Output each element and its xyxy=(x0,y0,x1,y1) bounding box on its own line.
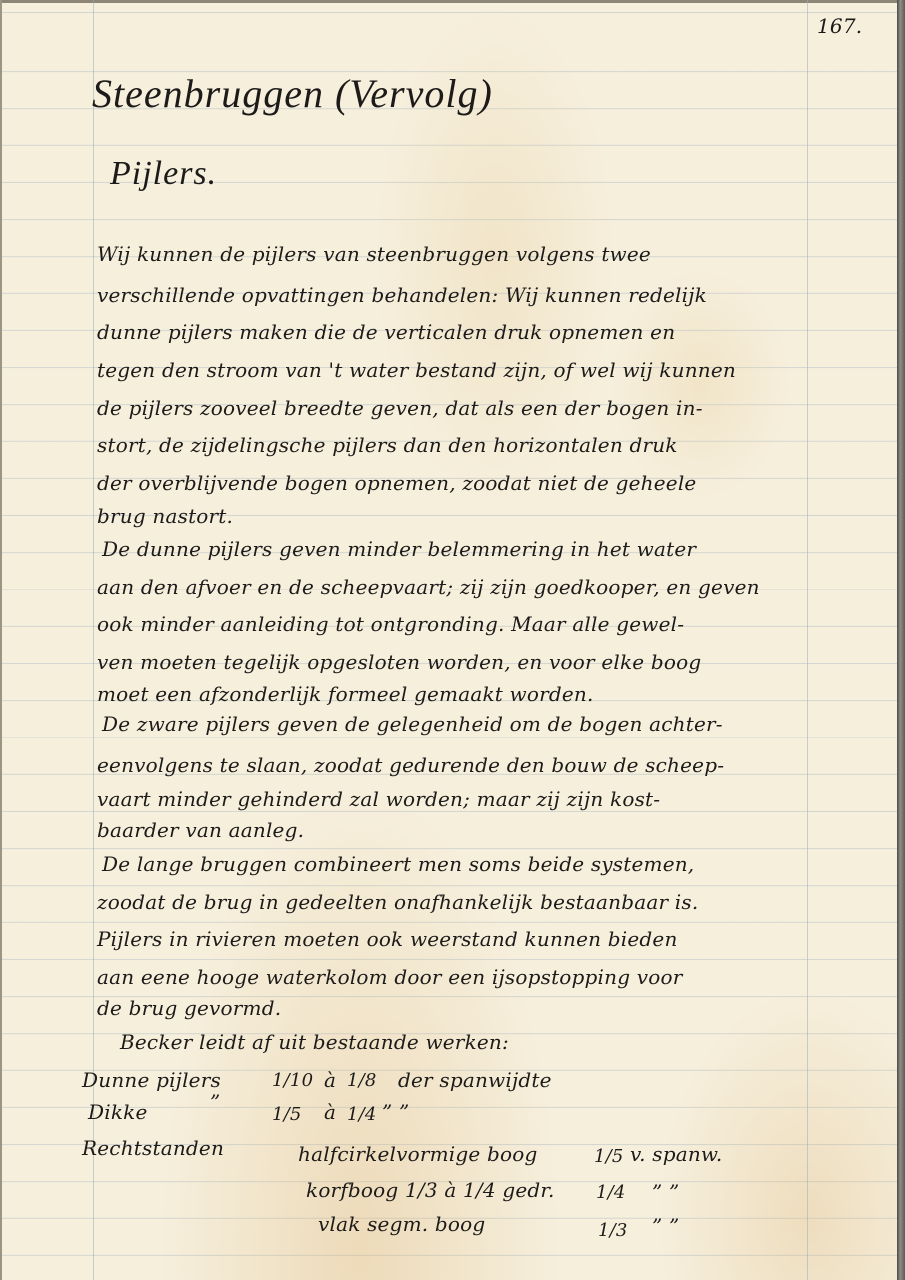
text-line: dunne pijlers maken die de verticalen dr… xyxy=(97,320,675,344)
text-line: eenvolgens te slaan, zoodat gedurende de… xyxy=(97,753,724,777)
notebook-page: 167. Steenbruggen (Vervolg) Pijlers. Wij… xyxy=(0,0,898,1280)
page-binding-edge xyxy=(897,0,905,1280)
text-line: der overblijvende bogen opnemen, zoodat … xyxy=(97,471,696,495)
rule-to: 1/4 xyxy=(347,1104,377,1125)
text-line: stort, de zijdelingsche pijlers dan den … xyxy=(97,433,678,457)
ratio-note: v. spanw. xyxy=(630,1142,722,1166)
page-number: 167. xyxy=(817,14,862,38)
text-line: De zware pijlers geven de gelegenheid om… xyxy=(102,712,723,736)
rule-to: 1/8 xyxy=(347,1070,377,1091)
text-line: Pijlers in rivieren moeten ook weerstand… xyxy=(97,927,678,951)
text-line: de brug gevormd. xyxy=(97,996,281,1020)
rule-sep: à xyxy=(324,1068,336,1092)
text-line: zoodat de brug in gedeelten onafhankelij… xyxy=(97,890,698,914)
text-line: de pijlers zooveel breedte geven, dat al… xyxy=(97,396,703,420)
text-line: De lange bruggen combineert men soms bei… xyxy=(102,852,694,876)
text-line: vaart minder gehinderd zal worden; maar … xyxy=(97,787,660,811)
ratio: 1/5 xyxy=(594,1146,624,1167)
rule-from: 1/10 xyxy=(272,1070,313,1091)
rule-label: Dikke xyxy=(88,1100,148,1124)
text-line: aan eene hooge waterkolom door een ijsop… xyxy=(97,965,683,989)
text-line: baarder van aanleg. xyxy=(97,818,304,842)
text-line: brug nastort. xyxy=(97,504,233,528)
rule-label: Dunne pijlers xyxy=(82,1068,221,1092)
rechtstanden-label: Rechtstanden xyxy=(82,1136,224,1160)
rules-intro: Becker leidt af uit bestaande werken: xyxy=(120,1030,509,1054)
rule-from: 1/5 xyxy=(272,1104,302,1125)
ratio-note: ” ” xyxy=(652,1214,679,1238)
ratio: 1/4 xyxy=(596,1182,626,1203)
arch-type: korfboog 1/3 à 1/4 gedr. xyxy=(306,1178,555,1202)
page-top-edge xyxy=(2,0,905,3)
ditto-mark: ” xyxy=(210,1090,220,1114)
rule-note: der spanwijdte xyxy=(398,1068,552,1092)
rule-sep: à xyxy=(324,1100,336,1124)
text-line: De dunne pijlers geven minder belemmerin… xyxy=(102,537,696,561)
text-line: aan den afvoer en de scheepvaart; zij zi… xyxy=(97,575,760,599)
arch-type: halfcirkelvormige boog xyxy=(298,1142,537,1166)
text-line: moet een afzonderlijk formeel gemaakt wo… xyxy=(97,682,594,706)
text-line: tegen den stroom van 't water bestand zi… xyxy=(97,358,736,382)
ditto-mark: ” ” xyxy=(382,1100,409,1124)
ratio-note: ” ” xyxy=(652,1180,679,1204)
text-line: ook minder aanleiding tot ontgronding. M… xyxy=(97,612,684,636)
section-heading: Pijlers. xyxy=(110,155,217,193)
text-line: Wij kunnen de pijlers van steenbruggen v… xyxy=(97,242,651,266)
right-margin-rule xyxy=(807,0,808,1280)
text-line: verschillende opvattingen behandelen: Wi… xyxy=(97,283,707,307)
text-line: ven moeten tegelijk opgesloten worden, e… xyxy=(97,650,701,674)
page-title: Steenbruggen (Vervolg) xyxy=(92,70,493,117)
arch-type: vlak segm. boog xyxy=(318,1212,485,1236)
ratio: 1/3 xyxy=(598,1220,628,1241)
